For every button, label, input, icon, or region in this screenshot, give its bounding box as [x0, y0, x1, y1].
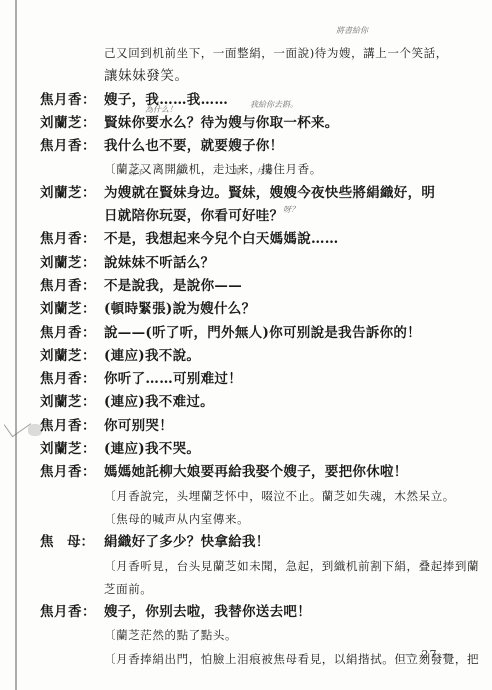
speech-text: 嫂子，你别去啦，我替你送去吧！ [104, 601, 311, 624]
speaker-name: 刘蘭芝： [40, 438, 104, 461]
speech-text: 賢妹你要水么？待为嫂与你取一杯来。 [104, 112, 339, 135]
speech-text: (連应)我不說。 [104, 345, 200, 368]
speaker-name: 焦月香： [40, 322, 104, 345]
speech-text: 說妹妹不听話么？ [104, 252, 214, 275]
speech-text: (連应)我不哭。 [104, 438, 200, 461]
speaker-name: 焦 母： [40, 531, 104, 554]
stage-direction-continuation: 己又回到机前坐下，一面整絹，一面說)待为嫂，講上一个笑話， [40, 42, 480, 65]
speaker-name: 焦月香： [40, 275, 104, 298]
dialogue-line: 焦月香： 說——(听了听，門外無人)你可别說是我告訴你的！ [40, 322, 480, 345]
stage-text: 〔焦母的喊声从内室傳来。 [104, 508, 249, 531]
dialogue-line: 焦月香： 我什么也不要，就要嫂子你！ [40, 135, 480, 158]
speaker-name: 刘蘭芝： [40, 252, 104, 275]
stage-text: 芝面前。 [104, 578, 152, 601]
speaker-name: 刘蘭芝： [40, 391, 104, 414]
speaker-name: 刘蘭芝： [40, 298, 104, 321]
speech-text: 不是說我，是說你—— [104, 275, 242, 298]
stage-direction: 〔月香听見，台头見蘭芝如未聞，急起，到織机前割下絹，叠起捧到蘭 [40, 555, 480, 578]
speech-text: 日就陪你玩耍，你看可好哇？ [104, 205, 283, 228]
speaker-name: 刘蘭芝： [40, 182, 104, 205]
dialogue-line: 焦月香： 不是說我，是說你—— [40, 275, 480, 298]
stage-direction: 〔焦母的喊声从内室傳来。 [40, 508, 480, 531]
stage-direction: 〔蘭芝又离開織机，走过来，摟住月香。 [40, 158, 480, 181]
dialogue-line: 焦月香： 媽媽她託柳大娘要再給我娶个嫂子，要把你休啦！ [40, 461, 480, 484]
dialogue-line: 刘蘭芝： (連应)我不哭。 [40, 438, 480, 461]
dialogue-line: 焦 母： 絹織好了多少？快拿給我！ [40, 531, 480, 554]
binding-line [15, 0, 17, 690]
handwritten-note: 將書給你 [336, 25, 368, 36]
dialogue-line: 刘蘭芝： (連应)我不难过。 [40, 391, 480, 414]
dialogue-line: 焦月香： 嫂子，你别去啦，我替你送去吧！ [40, 601, 480, 624]
speaker-name: 刘蘭芝： [40, 112, 104, 135]
dialogue-line: 刘蘭芝： (連应)我不說。 [40, 345, 480, 368]
stage-text: 讓妹妹發笑。 [104, 65, 189, 88]
speaker-name: 焦月香： [40, 228, 104, 251]
dialogue-line: 刘蘭芝： 为嫂就在賢妹身边。賢妹，嫂嫂今夜快些將絹織好，明 [40, 182, 480, 205]
dialogue-line: 焦月香： 不是，我想起来今兒个白天媽媽說…… [40, 228, 480, 251]
speech-text: 嫂子，我……我…… [104, 89, 228, 112]
speech-text: 絹織好了多少？快拿給我！ [104, 531, 270, 554]
stage-direction: 〔蘭芝茫然的點了點头。 [40, 624, 480, 647]
speech-text: 不是，我想起来今兒个白天媽媽說…… [104, 228, 339, 251]
margin-check-mark [4, 412, 31, 437]
speech-text: (連应)我不难过。 [104, 391, 214, 414]
speech-text: 为嫂就在賢妹身边。賢妹，嫂嫂今夜快些將絹織好，明 [104, 182, 435, 205]
speaker-name: 焦月香： [40, 415, 104, 438]
speaker-name: 焦月香： [40, 368, 104, 391]
dialogue-line: 焦月香： 你听了……可别难过！ [40, 368, 480, 391]
speaker-name: 焦月香： [40, 89, 104, 112]
speech-text: 你可别哭！ [104, 415, 173, 438]
stage-text: 己又回到机前坐下，一面整絹，一面說)待为嫂，講上一个笑話， [104, 42, 448, 65]
dialogue-line: 焦月香： 嫂子，我……我…… [40, 89, 480, 112]
dialogue-line: 刘蘭芝： (頓時緊張)說为嫂什么？ [40, 298, 480, 321]
speaker-name: 刘蘭芝： [40, 345, 104, 368]
dialogue-line: 刘蘭芝： 說妹妹不听話么？ [40, 252, 480, 275]
stage-text: 〔月香說完，头埋蘭芝怀中，啜泣不止。蘭芝如失魂，木然呆立。 [104, 485, 455, 508]
speech-text: 媽媽她託柳大娘要再給我娶个嫂子，要把你休啦！ [104, 461, 408, 484]
stage-direction-continuation: 芝面前。 [40, 578, 480, 601]
stage-direction: 〔月香說完，头埋蘭芝怀中，啜泣不止。蘭芝如失魂，木然呆立。 [40, 485, 480, 508]
document-page: 將書給你 我給你去斟。 為什么！ 妹不 你 呢！ 月秀 呀？ 己又回到机前坐下，… [0, 0, 492, 690]
speaker-name: 焦月香： [40, 135, 104, 158]
dialogue-continuation: 日就陪你玩耍，你看可好哇？ [40, 205, 480, 228]
stage-text: 〔蘭芝又离開織机，走过来，摟住月香。 [104, 158, 322, 181]
stage-direction-continuation: 讓妹妹發笑。 [40, 65, 480, 88]
speaker-name: 焦月香： [40, 461, 104, 484]
speech-text: (頓時緊張)說为嫂什么？ [104, 298, 255, 321]
stage-text: 〔月香听見，台头見蘭芝如未聞，急起，到織机前割下絹，叠起捧到蘭 [104, 555, 479, 578]
dialogue-line: 刘蘭芝： 賢妹你要水么？待为嫂与你取一杯来。 [40, 112, 480, 135]
page-number: — 27 — [405, 648, 454, 661]
speech-text: 你听了……可别难过！ [104, 368, 242, 391]
speech-text: 說——(听了听，門外無人)你可别說是我告訴你的！ [104, 322, 421, 345]
speaker-name: 焦月香： [40, 601, 104, 624]
script-body: 己又回到机前坐下，一面整絹，一面說)待为嫂，講上一个笑話， 讓妹妹發笑。 焦月香… [40, 42, 480, 671]
dialogue-line: 焦月香： 你可别哭！ [40, 415, 480, 438]
speech-text: 我什么也不要，就要嫂子你！ [104, 135, 283, 158]
stage-text: 〔蘭芝茫然的點了點头。 [104, 624, 237, 647]
